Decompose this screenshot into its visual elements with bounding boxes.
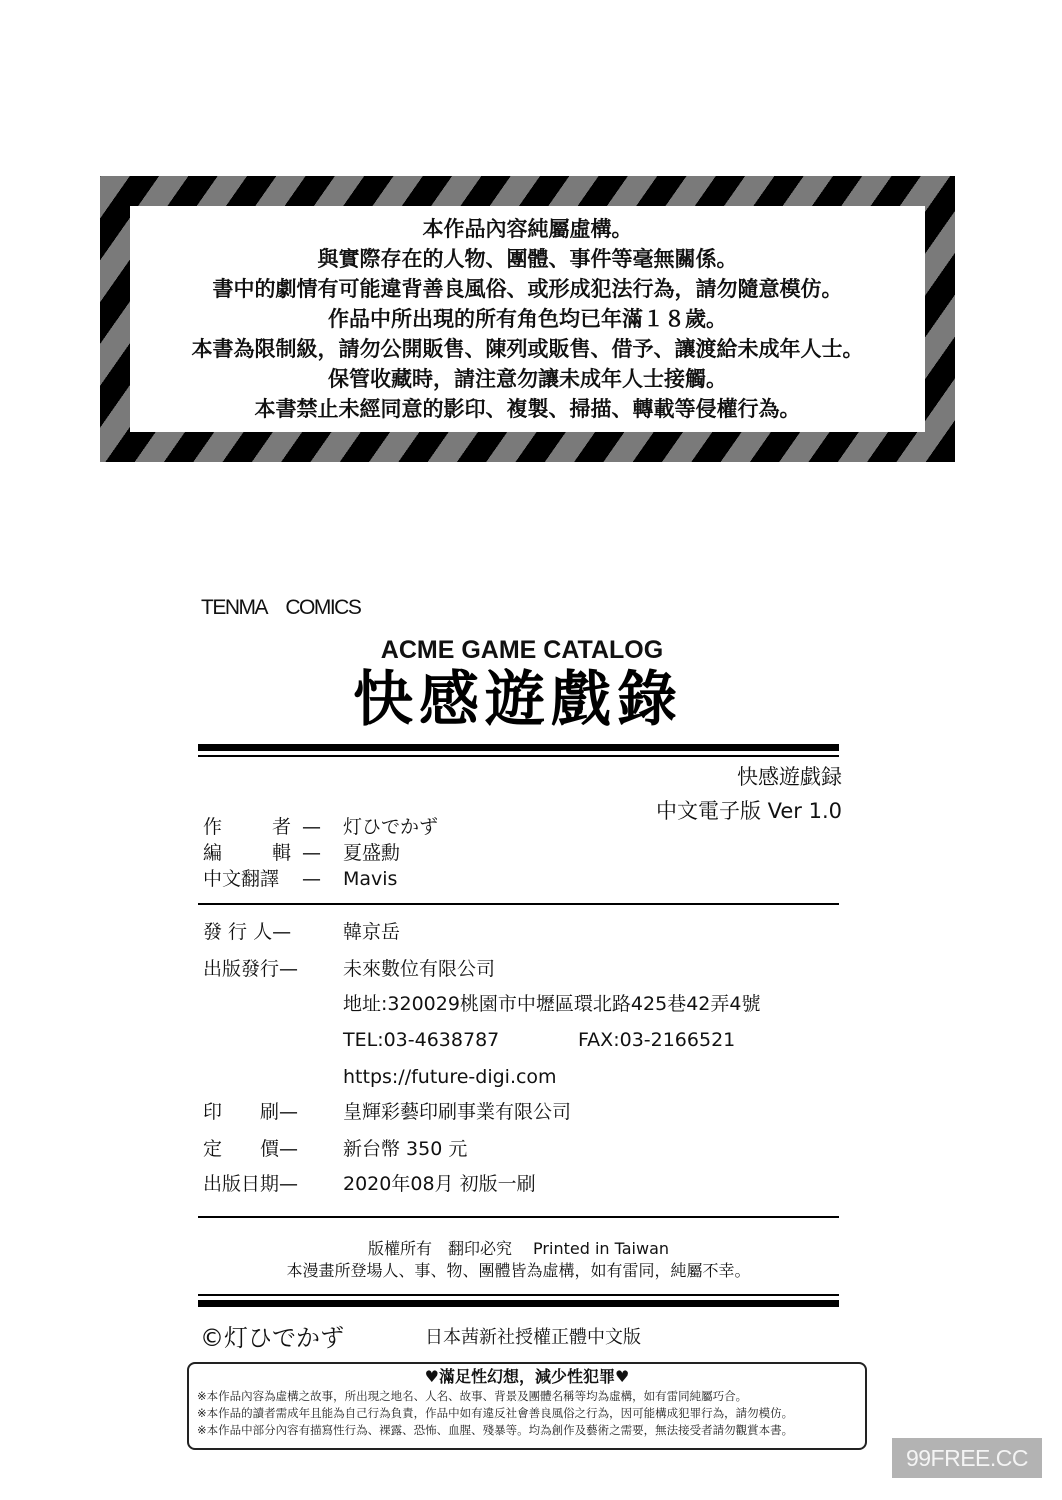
pub-value-tel: TEL:03-4638787: [343, 1026, 578, 1054]
pub-row-publisher: 出版發行— 未來數位有限公司: [203, 955, 495, 983]
credit-value-editor: 夏盛勳: [321, 840, 400, 866]
credit-label-char: 編: [203, 840, 222, 866]
publisher-series-label: TENMA COMICS: [201, 591, 360, 621]
credit-label: 作者 —: [203, 814, 321, 840]
warning-line: 本作品內容純屬虛構。: [423, 214, 633, 244]
pub-row-address: 地址:320029桃園市中壢區環北路425巷42弄4號: [203, 990, 760, 1018]
notice-line: ※本作品的讀者需成年且能為自己行為負責，作品中如有違反社會善良風俗之行為，因可能…: [189, 1405, 865, 1422]
pub-row-issuer: 發 行 人— 韓京岳: [203, 918, 400, 946]
pub-value-address: 地址:320029桃園市中壢區環北路425巷42弄4號: [343, 990, 760, 1018]
pub-row-price: 定 價— 新台幣 350 元: [203, 1135, 467, 1163]
warning-line: 書中的劇情有可能違背善良風俗、或形成犯法行為，請勿隨意模仿。: [213, 274, 843, 304]
site-watermark: 99FREE.CC: [892, 1438, 1042, 1478]
content-warning-box: 本作品內容純屬虛構。 與實際存在的人物、團體、事件等毫無關係。 書中的劇情有可能…: [100, 176, 955, 462]
pub-value-price: 新台幣 350 元: [343, 1135, 467, 1163]
credit-value-author: 灯ひでかず: [321, 814, 438, 840]
credit-dash: —: [302, 866, 321, 892]
divider-thick: [198, 744, 839, 751]
warning-line: 本書禁止未經同意的影印、複製、掃描、轉載等侵權行為。: [255, 394, 801, 424]
reader-notice-box: ♥滿足性幻想，減少性犯罪♥ ※本作品內容為虛構之故事，所出現之地名、人名、故事、…: [187, 1362, 867, 1450]
pub-value-publisher: 未來數位有限公司: [343, 955, 495, 983]
edition-title: 快感遊戯録: [737, 762, 842, 792]
pub-label: 發 行 人—: [203, 918, 343, 946]
divider-thick: [198, 1300, 839, 1307]
notice-title: ♥滿足性幻想，減少性犯罪♥: [189, 1366, 865, 1388]
edition-version: 中文電子版 Ver 1.0: [656, 796, 842, 826]
divider-thin: [198, 903, 839, 905]
pub-value-date: 2020年08月 初版一刷: [343, 1170, 536, 1198]
pub-row-date: 出版日期— 2020年08月 初版一刷: [203, 1170, 536, 1198]
pub-row-contact: TEL:03-4638787 FAX:03-2166521: [203, 1026, 735, 1054]
copyright-holder: ©灯ひでかず: [200, 1318, 344, 1353]
credit-label-char: 者: [272, 814, 291, 840]
warning-line: 本書為限制級，請勿公開販售、陳列或販售、借予、讓渡給未成年人士。: [192, 334, 864, 364]
warning-line: 保管收藏時，請注意勿讓未成年人士接觸。: [328, 364, 727, 394]
credit-label: 中文翻譯 —: [203, 866, 321, 892]
pub-label: 出版發行—: [203, 955, 343, 983]
credit-label: 編輯 —: [203, 840, 321, 866]
warning-line: 作品中所出現的所有角色均已年滿１８歲。: [328, 304, 727, 334]
credit-row-translator: 中文翻譯 — Mavis: [203, 866, 397, 892]
notice-line: ※本作品內容為虛構之故事，所出現之地名、人名、故事、背景及團體名稱等均為虛構，如…: [189, 1388, 865, 1405]
pub-label: 印 刷—: [203, 1098, 343, 1126]
content-warning-inner: 本作品內容純屬虛構。 與實際存在的人物、團體、事件等毫無關係。 書中的劇情有可能…: [130, 206, 925, 432]
credit-row-author: 作者 — 灯ひでかず: [203, 814, 438, 840]
divider-thin: [198, 1216, 839, 1218]
pub-value-website: https://future-digi.com: [343, 1063, 557, 1091]
credit-dash: —: [302, 814, 321, 840]
title-logo: 快感遊戲錄: [190, 664, 870, 736]
divider-thin: [198, 755, 839, 757]
pub-label: 出版日期—: [203, 1170, 343, 1198]
credit-value-translator: Mavis: [321, 866, 397, 892]
pub-value-printer: 皇輝彩藝印刷事業有限公司: [343, 1098, 571, 1126]
pub-value-fax: FAX:03-2166521: [578, 1026, 735, 1054]
pub-row-printer: 印 刷— 皇輝彩藝印刷事業有限公司: [203, 1098, 571, 1126]
credit-dash: —: [302, 840, 321, 866]
title-english: ACME GAME CATALOG: [190, 636, 870, 665]
license-statement: 日本茜新社授權正體中文版: [425, 1323, 641, 1349]
pub-row-website: https://future-digi.com: [203, 1063, 557, 1091]
credit-label-char: 作: [203, 814, 222, 840]
credit-label-char: 輯: [272, 840, 291, 866]
divider-thin: [198, 1294, 839, 1296]
warning-line: 與實際存在的人物、團體、事件等毫無關係。: [318, 244, 738, 274]
pub-value-issuer: 韓京岳: [343, 918, 400, 946]
fiction-disclaimer-line: 本漫畫所登場人、事、物、團體皆為虛構，如有雷同，純屬不幸。: [198, 1260, 839, 1282]
pub-label: 定 價—: [203, 1135, 343, 1163]
rights-reserved-line: 版權所有 翻印必究 Printed in Taiwan: [198, 1238, 839, 1260]
notice-line: ※本作品中部分內容有描寫性行為、裸露、恐怖、血腥、殘暴等。均為創作及藝術之需要，…: [189, 1422, 865, 1439]
credit-label-text: 中文翻譯: [203, 866, 279, 892]
credit-row-editor: 編輯 — 夏盛勳: [203, 840, 400, 866]
